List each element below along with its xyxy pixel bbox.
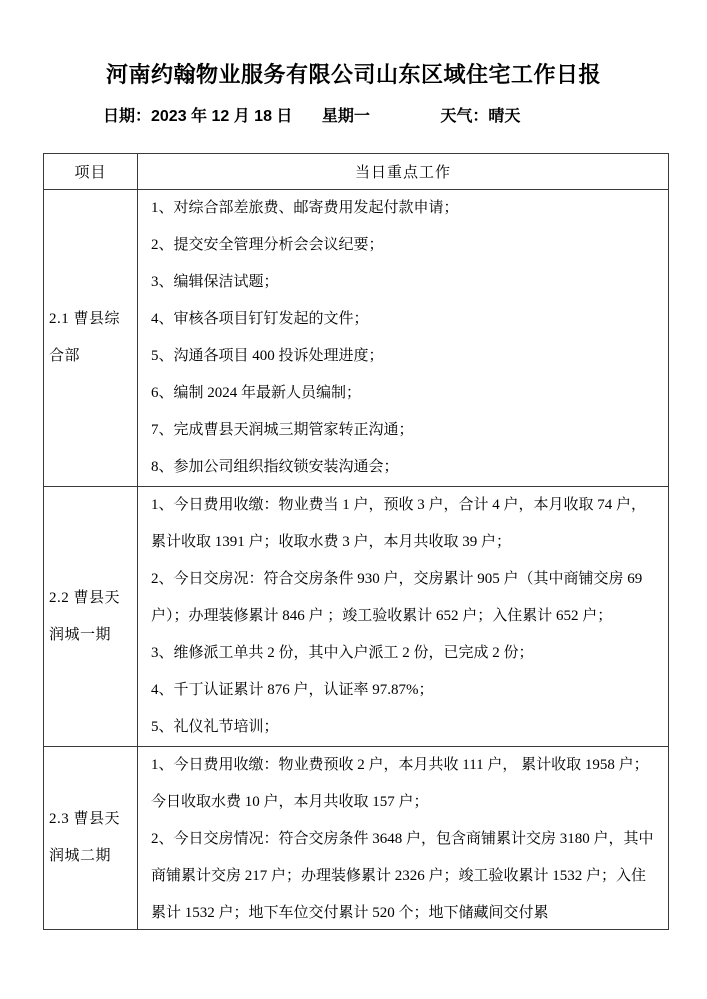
table-row-tianruncheng-yiqi: 2.2 曹县天润城一期 1、今日费用收缴：物业费当 1 户，预收 3 户，合计 …: [44, 487, 669, 747]
table-row-tianruncheng-erqi: 2.3 曹县天润城二期 1、今日费用收缴：物业费预收 2 户，本月共收 111 …: [44, 747, 669, 930]
work-item: 2、提交安全管理分析会会议纪要；: [151, 227, 660, 264]
work-item: 5、礼仪礼节培训；: [151, 709, 660, 746]
work-item: 4、千丁认证累计 876 户，认证率 97.87%；: [151, 672, 660, 709]
project-label-2-3: 2.3 曹县天润城二期: [44, 747, 138, 930]
table-row-caoxian-zonghebu: 2.1 曹县综合部 1、对综合部差旅费、邮寄费用发起付款申请； 2、提交安全管理…: [44, 190, 669, 487]
work-item: 5、沟通各项目 400 投诉处理进度；: [151, 338, 660, 375]
work-item: 7、完成曹县天润城三期管家转正沟通；: [151, 412, 660, 449]
work-item: 1、对综合部差旅费、邮寄费用发起付款申请；: [151, 190, 660, 227]
work-item: 1、今日费用收缴：物业费当 1 户，预收 3 户，合计 4 户，本月收取 74 …: [151, 487, 660, 561]
daily-report-table: 项目 当日重点工作 2.1 曹县综合部 1、对综合部差旅费、邮寄费用发起付款申请…: [43, 153, 669, 930]
weather-value: 天气：晴天: [440, 108, 520, 125]
work-cell-2-1: 1、对综合部差旅费、邮寄费用发起付款申请； 2、提交安全管理分析会会议纪要； 3…: [138, 190, 669, 487]
project-label-2-1: 2.1 曹县综合部: [44, 190, 138, 487]
table-header-row: 项目 当日重点工作: [44, 154, 669, 190]
date-value: 日期：2023 年 12 月 18 日: [103, 108, 292, 125]
work-item: 3、编辑保洁试题；: [151, 264, 660, 301]
work-item: 3、维修派工单共 2 份，其中入户派工 2 份，已完成 2 份；: [151, 635, 660, 672]
work-item: 2、今日交房况：符合交房条件 930 户，交房累计 905 户（其中商铺交房 6…: [151, 561, 660, 635]
document-page: 河南约翰物业服务有限公司山东区域住宅工作日报 日期：2023 年 12 月 18…: [0, 0, 707, 999]
work-cell-2-2: 1、今日费用收缴：物业费当 1 户，预收 3 户，合计 4 户，本月收取 74 …: [138, 487, 669, 747]
date-line: 日期：2023 年 12 月 18 日 星期一 天气：晴天: [0, 106, 707, 128]
header-daily-key-work: 当日重点工作: [138, 154, 669, 190]
header-project: 项目: [44, 154, 138, 190]
work-item: 4、审核各项目钉钉发起的文件；: [151, 301, 660, 338]
work-item: 6、编制 2024 年最新人员编制；: [151, 375, 660, 412]
weekday-value: 星期一: [322, 108, 370, 125]
work-cell-2-3: 1、今日费用收缴：物业费预收 2 户，本月共收 111 户， 累计收取 1958…: [138, 747, 669, 930]
clipped-cell-content: 1、今日费用收缴：物业费预收 2 户，本月共收 111 户， 累计收取 1958…: [151, 747, 660, 929]
project-label-2-2: 2.2 曹县天润城一期: [44, 487, 138, 747]
work-item: 1、今日费用收缴：物业费预收 2 户，本月共收 111 户， 累计收取 1958…: [151, 747, 660, 821]
work-item: 8、参加公司组织指纹锁安装沟通会；: [151, 449, 660, 486]
page-title: 河南约翰物业服务有限公司山东区域住宅工作日报: [0, 60, 707, 90]
work-item: 2、今日交房情况：符合交房条件 3648 户，包含商铺累计交房 3180 户，其…: [151, 821, 660, 929]
